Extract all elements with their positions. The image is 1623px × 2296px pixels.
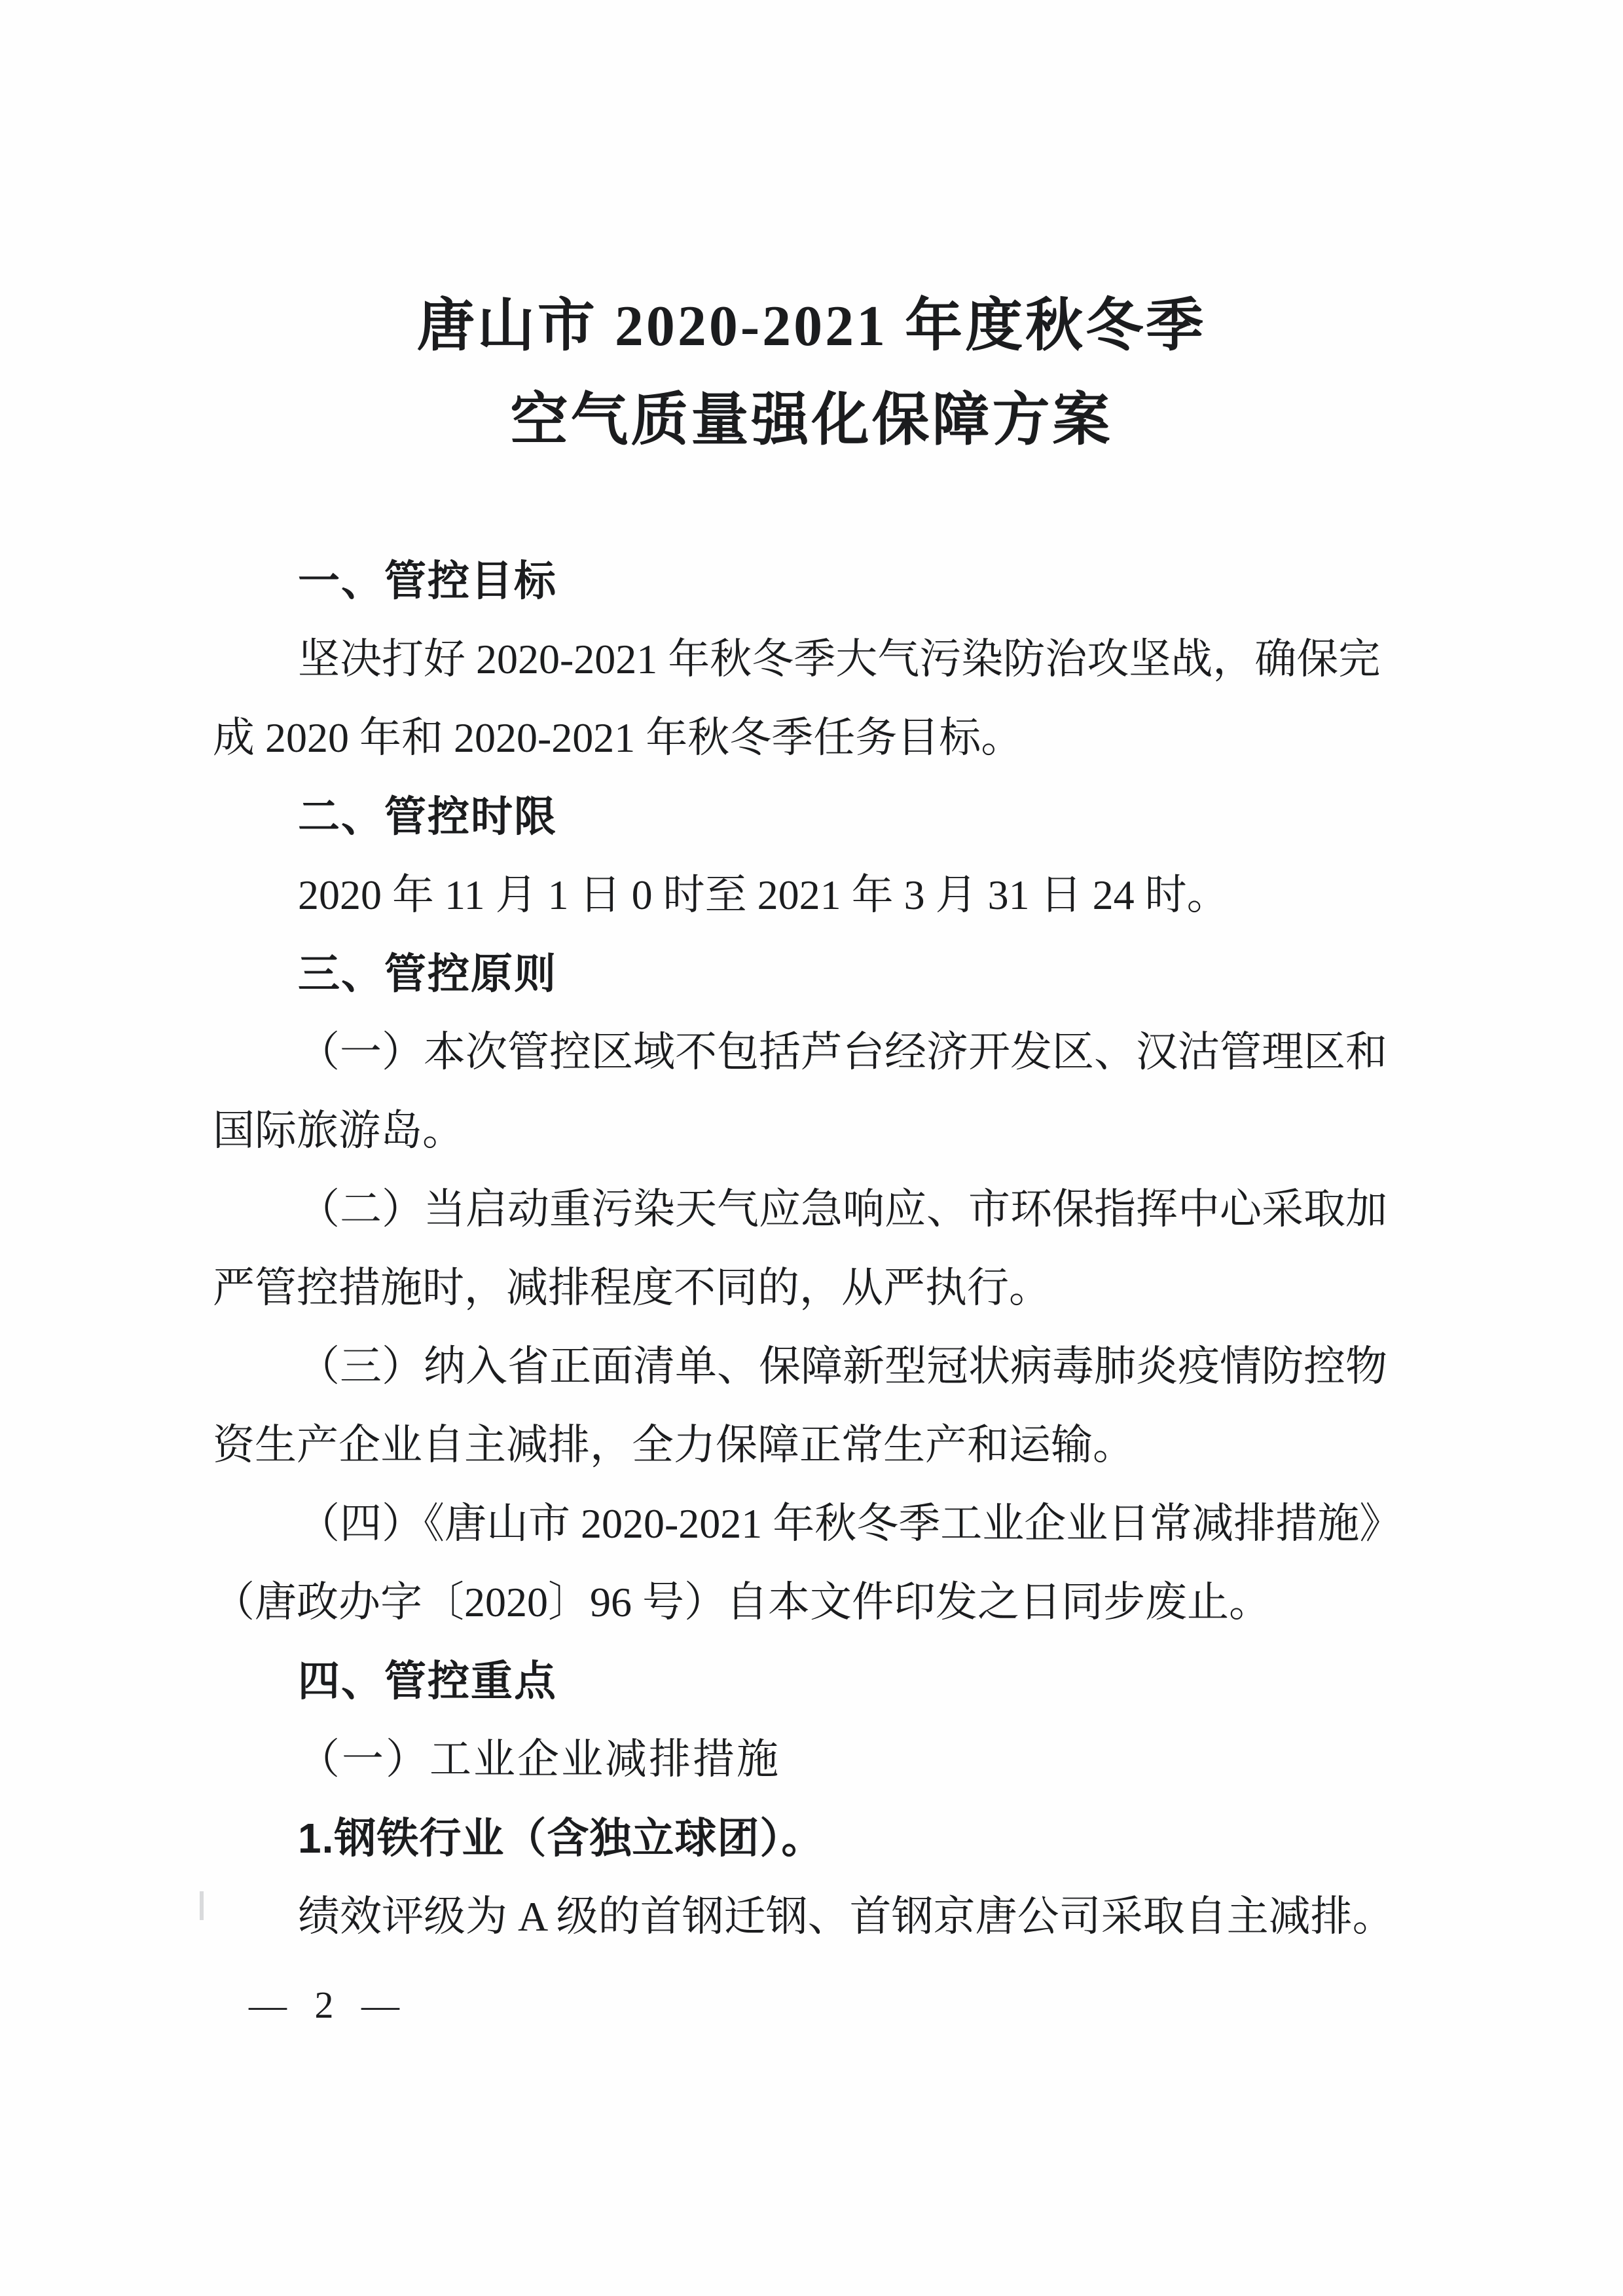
document-title: 唐山市 2020-2021 年度秋冬季 空气质量强化保障方案 (0, 280, 1623, 468)
document-page: 唐山市 2020-2021 年度秋冬季 空气质量强化保障方案 一、管控目标 坚决… (0, 0, 1623, 2296)
paragraph-line: （三）纳入省正面清单、保障新型冠状病毒肺炎疫情防控物 (213, 1327, 1431, 1406)
paragraph-line: 坚决打好 2020-2021 年秋冬季大气污染防治攻坚战，确保完 (213, 620, 1431, 699)
paragraph-line: （一）本次管控区域不包括芦台经济开发区、汉沽管理区和 (213, 1013, 1431, 1092)
section-heading-4: 四、管控重点 (213, 1642, 1431, 1720)
paragraph-line: （二）当启动重污染天气应急响应、市环保指挥中心采取加 (213, 1170, 1431, 1249)
paragraph-line: 国际旅游岛。 (213, 1092, 1431, 1170)
paragraph-line: 资生产企业自主减排，全力保障正常生产和运输。 (213, 1406, 1431, 1485)
paragraph-line: 绩效评级为 A 级的首钢迁钢、首钢京唐公司采取自主减排。 (213, 1878, 1431, 1956)
numbered-heading: 1.钢铁行业（含独立球团）。 (213, 1799, 1431, 1878)
paragraph-line: 成 2020 年和 2020-2021 年秋冬季任务目标。 (213, 699, 1431, 777)
section-heading-1: 一、管控目标 (213, 542, 1431, 620)
sub-heading: （一）工业企业减排措施 (213, 1720, 1431, 1799)
paragraph-line: 2020 年 11 月 1 日 0 时至 2021 年 3 月 31 日 24 … (213, 856, 1431, 935)
section-heading-2: 二、管控时限 (213, 777, 1431, 856)
paragraph-line: （唐政办字〔2020〕96 号）自本文件印发之日同步废止。 (213, 1563, 1431, 1642)
title-line-2: 空气质量强化保障方案 (0, 374, 1623, 468)
scan-artifact (200, 1891, 204, 1920)
paragraph-line: 严管控措施时，减排程度不同的，从严执行。 (213, 1249, 1431, 1327)
page-number: — 2 — (249, 1983, 409, 2027)
section-heading-3: 三、管控原则 (213, 935, 1431, 1013)
document-body: 一、管控目标 坚决打好 2020-2021 年秋冬季大气污染防治攻坚战，确保完 … (213, 542, 1431, 1956)
title-line-1: 唐山市 2020-2021 年度秋冬季 (0, 280, 1623, 374)
paragraph-line: （四）《唐山市 2020-2021 年秋冬季工业企业日常减排措施》 (213, 1485, 1431, 1563)
